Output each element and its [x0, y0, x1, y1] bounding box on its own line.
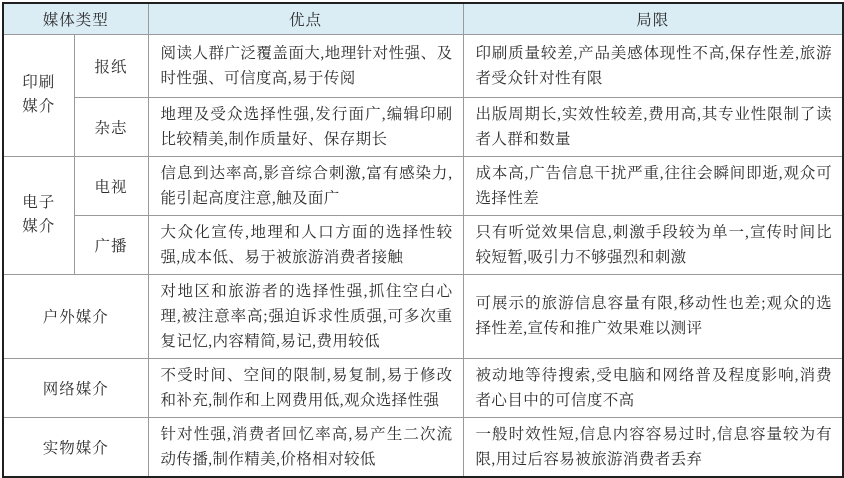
- media-comparison-table: 媒体类型 优点 局限 印刷媒介 报纸 阅读人群广泛覆盖面大,地理针对性强、及时性…: [2, 2, 844, 478]
- header-limitations: 局限: [463, 3, 843, 34]
- sub-label-radio: 广播: [74, 215, 148, 274]
- cell-advantages-outdoor: 对地区和旅游者的选择性强,抓住空白心理,被注意率高;强迫诉求性质强,可多次重复记…: [148, 274, 463, 358]
- group-label-text: 印刷媒介: [20, 71, 57, 119]
- cell-limitations-network: 被动地等待搜索,受电脑和网络普及程度影响,消费者心目中的可信度不高: [463, 358, 843, 417]
- sub-label-magazine: 杂志: [74, 97, 148, 156]
- label-outdoor-media: 户外媒介: [3, 274, 148, 358]
- table-row-radio: 广播 大众化宣传,地理和人口方面的选择性较强,成本低、易于被旅游消费者接触 只有…: [3, 215, 843, 274]
- table-row-physical: 实物媒介 针对性强,消费者回忆率高,易产生二次流动传播,制作精美,价格相对较低 …: [3, 417, 843, 477]
- cell-advantages-magazine: 地理及受众选择性强,发行面广,编辑印刷比较精美,制作质量好、保存期长: [148, 97, 463, 156]
- cell-limitations-physical: 一般时效性短,信息内容容易过时,信息容量较为有限,用过后容易被旅游消费者丢弃: [463, 417, 843, 477]
- header-media-type: 媒体类型: [3, 3, 148, 34]
- label-network-media: 网络媒介: [3, 358, 148, 417]
- cell-limitations-newspaper: 印刷质量较差,产品美感体现性不高,保存性差,旅游者受众针对性有限: [463, 34, 843, 97]
- table-header-row: 媒体类型 优点 局限: [3, 3, 843, 34]
- header-advantages: 优点: [148, 3, 463, 34]
- cell-advantages-network: 不受时间、空间的限制,易复制,易于修改和补充,制作和上网费用低,观众选择性强: [148, 358, 463, 417]
- cell-advantages-physical: 针对性强,消费者回忆率高,易产生二次流动传播,制作精美,价格相对较低: [148, 417, 463, 477]
- cell-limitations-magazine: 出版周期长,实效性较差,费用高,其专业性限制了读者人群和数量: [463, 97, 843, 156]
- cell-limitations-radio: 只有听觉效果信息,刺激手段较为单一,宣传时间比较短暂,吸引力不够强烈和刺激: [463, 215, 843, 274]
- cell-advantages-tv: 信息到达率高,影音综合刺激,富有感染力,能引起高度注意,触及面广: [148, 156, 463, 215]
- label-physical-media: 实物媒介: [3, 417, 148, 477]
- table-row-magazine: 杂志 地理及受众选择性强,发行面广,编辑印刷比较精美,制作质量好、保存期长 出版…: [3, 97, 843, 156]
- group-label-text: 电子媒介: [20, 191, 57, 239]
- table-row-tv: 电子媒介 电视 信息到达率高,影音综合刺激,富有感染力,能引起高度注意,触及面广…: [3, 156, 843, 215]
- table-row-newspaper: 印刷媒介 报纸 阅读人群广泛覆盖面大,地理针对性强、及时性强、可信度高,易于传阅…: [3, 34, 843, 97]
- page: 媒体类型 优点 局限 印刷媒介 报纸 阅读人群广泛覆盖面大,地理针对性强、及时性…: [0, 0, 844, 464]
- table-row-outdoor: 户外媒介 对地区和旅游者的选择性强,抓住空白心理,被注意率高;强迫诉求性质强,可…: [3, 274, 843, 358]
- table-row-network: 网络媒介 不受时间、空间的限制,易复制,易于修改和补充,制作和上网费用低,观众选…: [3, 358, 843, 417]
- group-label-print-media: 印刷媒介: [3, 34, 74, 156]
- sub-label-tv: 电视: [74, 156, 148, 215]
- group-label-electronic-media: 电子媒介: [3, 156, 74, 274]
- cell-advantages-newspaper: 阅读人群广泛覆盖面大,地理针对性强、及时性强、可信度高,易于传阅: [148, 34, 463, 97]
- cell-limitations-tv: 成本高,广告信息干扰严重,往往会瞬间即逝,观众可选择性差: [463, 156, 843, 215]
- sub-label-newspaper: 报纸: [74, 34, 148, 97]
- cell-advantages-radio: 大众化宣传,地理和人口方面的选择性较强,成本低、易于被旅游消费者接触: [148, 215, 463, 274]
- cell-limitations-outdoor: 可展示的旅游信息容量有限,移动性也差;观众的选择性差,宣传和推广效果难以测评: [463, 274, 843, 358]
